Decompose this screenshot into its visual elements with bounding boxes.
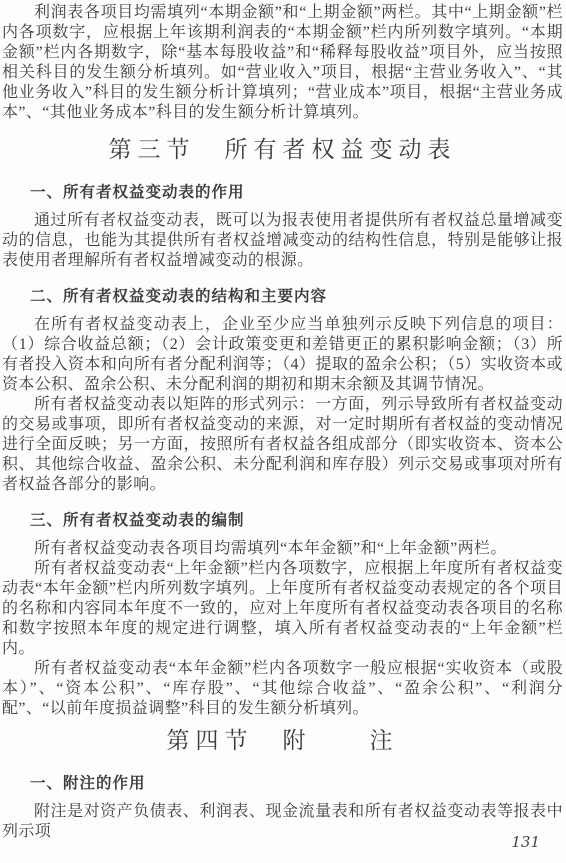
paragraph-3-2a: 在所有者权益变动表上，企业至少应当单独列示反映下列信息的项目：（1）综合收益总额… bbox=[2, 315, 563, 395]
paragraph-4-1: 附注是对资产负债表、利润表、现金流量表和所有者权益变动表等报表中列示项 bbox=[2, 802, 563, 842]
paragraph-3-3b: 所有者权益变动表“上年金额”栏内各项数字，应根据上年度所有者权益变动表“本年金额… bbox=[2, 559, 563, 659]
page-number: 131 bbox=[511, 833, 540, 851]
book-page: 利润表各项目均需填列“本期金额”和“上期金额”两栏。其中“上期金额”栏内各项数字… bbox=[0, 0, 566, 863]
paragraph-3-3c: 所有者权益变动表“本年金额”栏内各项数字一般应根据“实收资本（或股本）”、“资本… bbox=[2, 659, 563, 719]
subsection-heading-3-1: 一、所有者权益变动表的作用 bbox=[2, 183, 563, 203]
paragraph-3-2b: 所有者权益变动表以矩阵的形式列示：一方面，列示导致所有者权益变动的交易或事项，即… bbox=[2, 395, 563, 495]
paragraph-3-3a: 所有者权益变动表各项目均需填列“本年金额”和“上年金额”两栏。 bbox=[2, 539, 563, 559]
subsection-heading-3-3: 三、所有者权益变动表的编制 bbox=[2, 511, 563, 531]
paragraph-3-1: 通过所有者权益变动表，既可以为报表使用者提供所有者权益总量增减变动的信息，也能为… bbox=[2, 211, 563, 271]
subsection-heading-4-1: 一、附注的作用 bbox=[2, 774, 563, 794]
subsection-heading-3-2: 二、所有者权益变动表的结构和主要内容 bbox=[2, 287, 563, 307]
section-heading-4: 第四节 附 注 bbox=[2, 724, 563, 758]
paragraph-income-statement-filling: 利润表各项目均需填列“本期金额”和“上期金额”两栏。其中“上期金额”栏内各项数字… bbox=[2, 3, 563, 123]
section-heading-3: 第三节 所有者权益变动表 bbox=[2, 133, 563, 167]
